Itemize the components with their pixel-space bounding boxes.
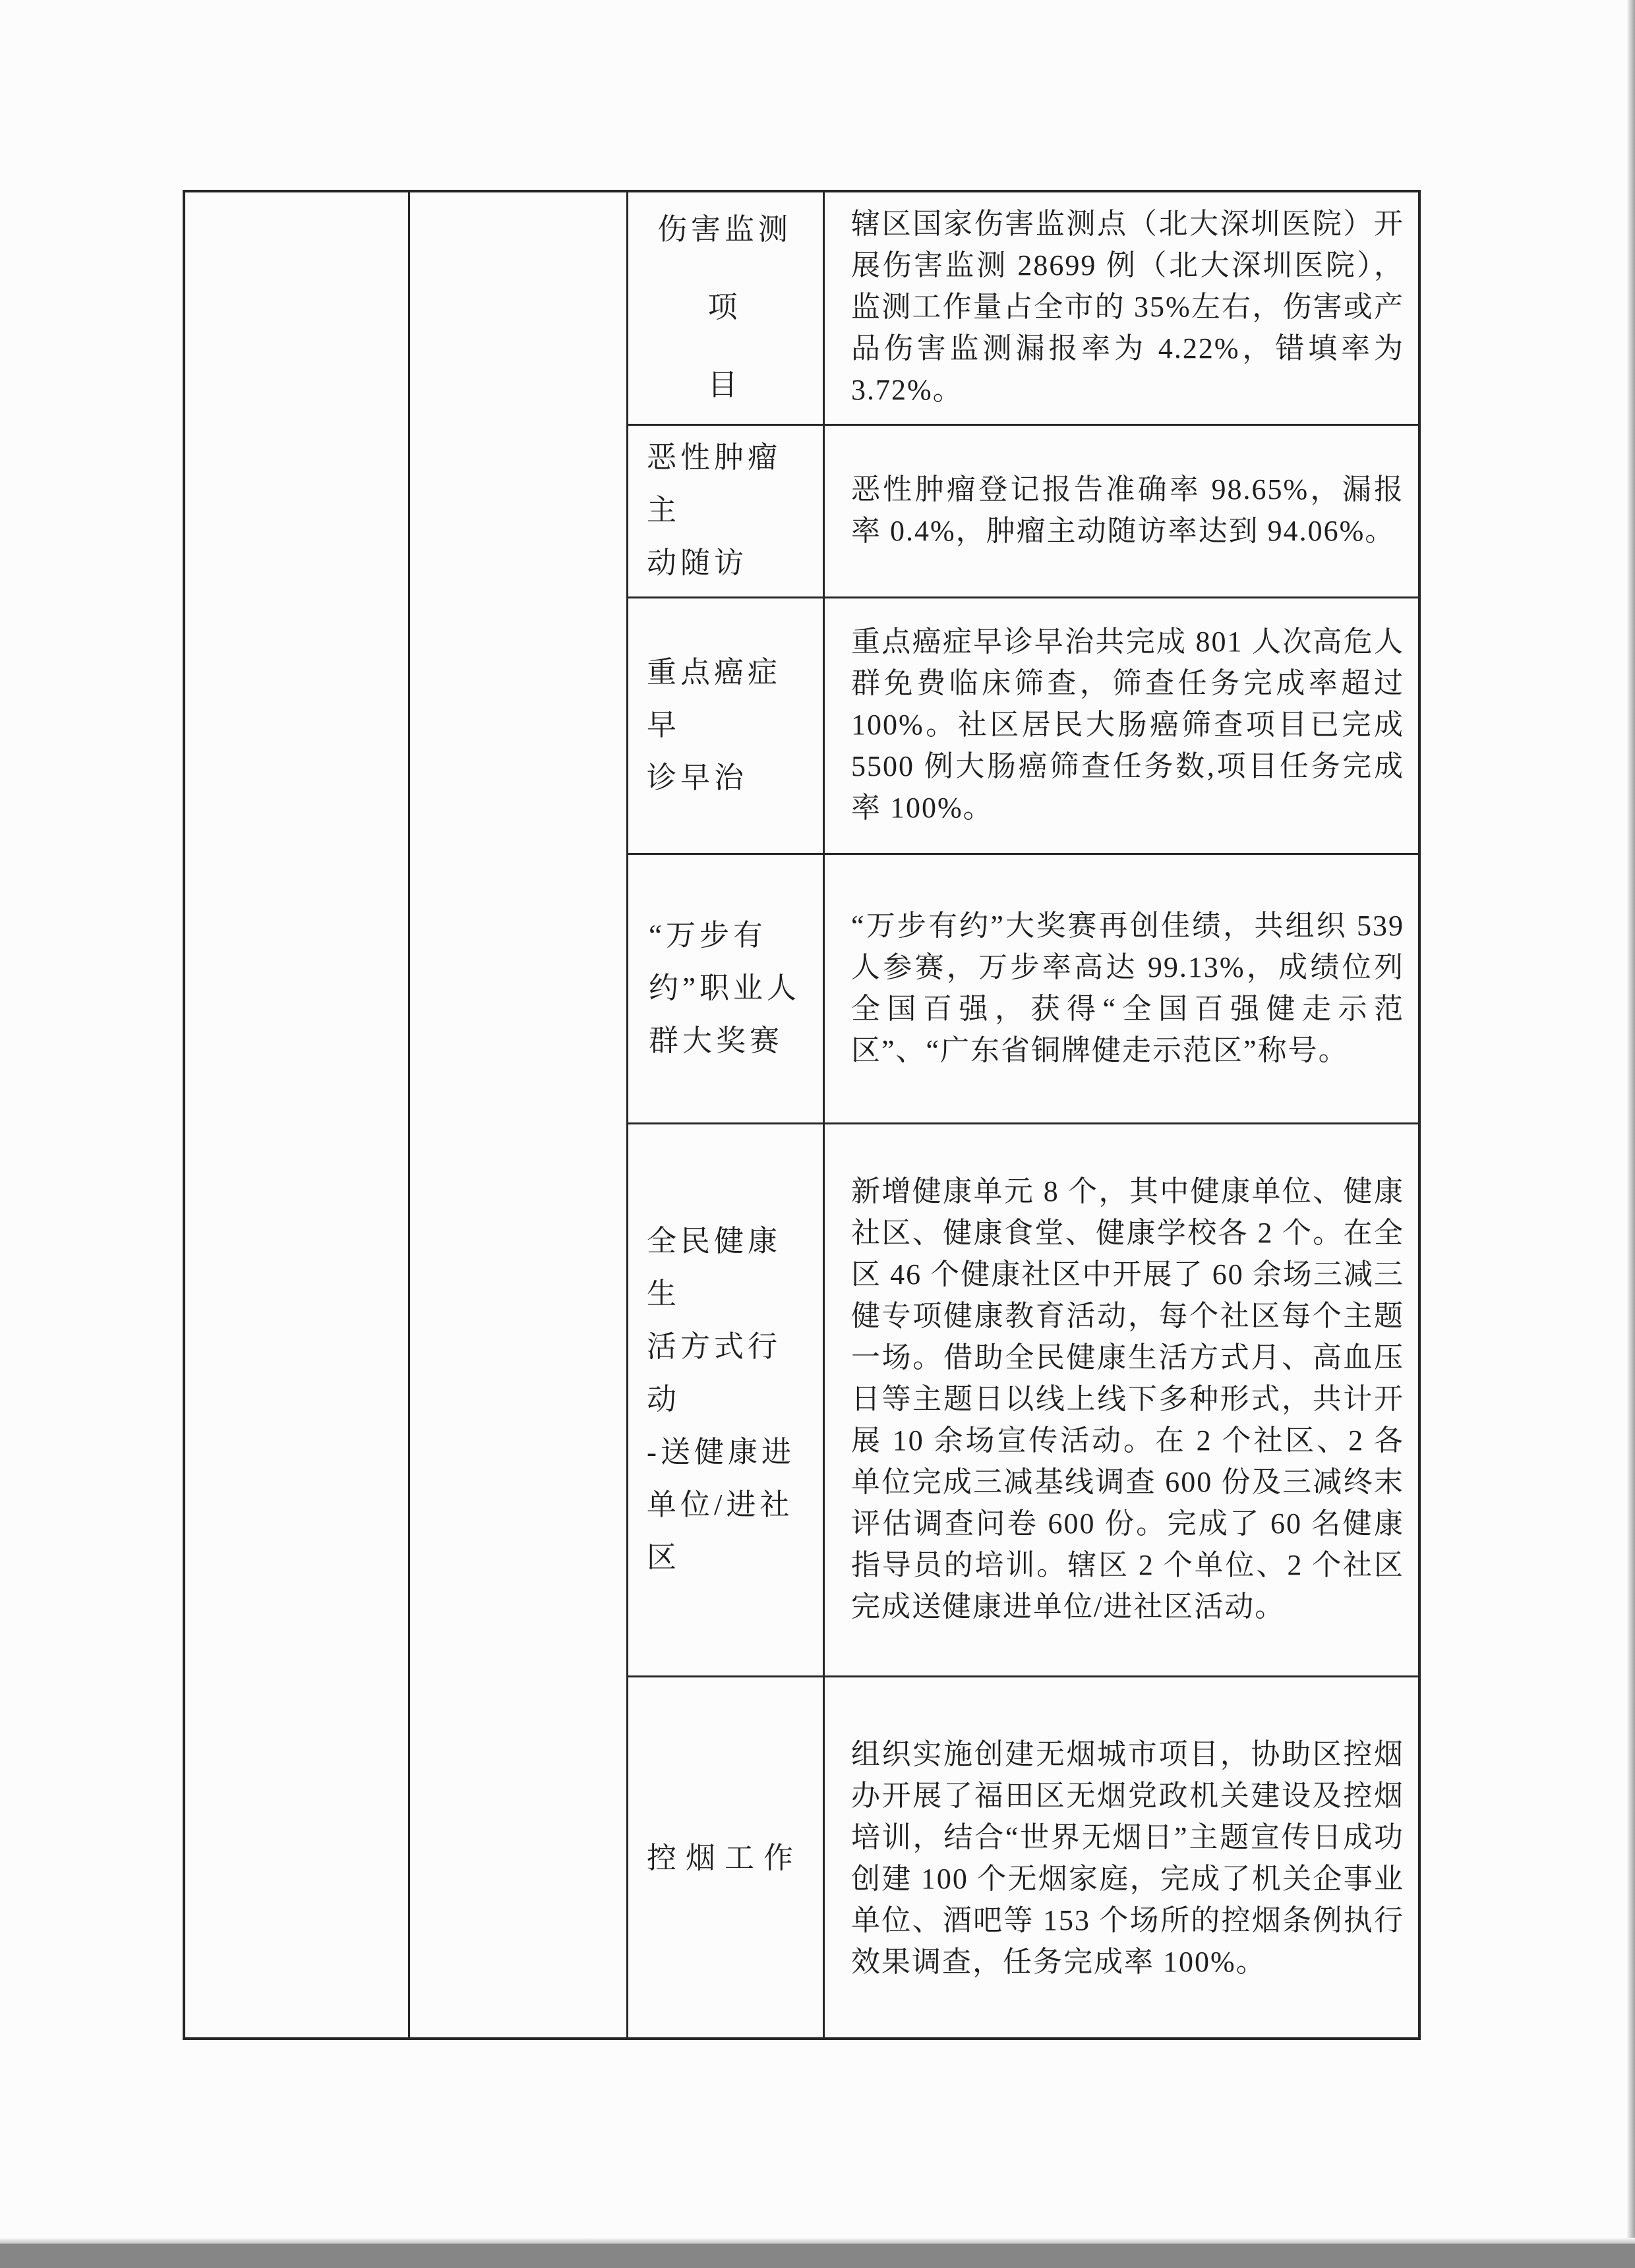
row-label-walking-contest: “万步有 约”职业人 群大奖赛 xyxy=(628,853,821,1122)
row-description-text: 恶性肿瘤登记报告准确率 98.65%，漏报率 0.4%，肿瘤主动随访率达到 94… xyxy=(851,469,1404,552)
row-description-healthy-lifestyle: 新增健康单元 8 个，其中健康单位、健康社区、健康食堂、健康学校各 2 个。在全… xyxy=(825,1122,1421,1675)
scanned-document-page: 伤害监测项 目 辖区国家伤害监测点（北大深圳医院）开展伤害监测 28699 例（… xyxy=(0,0,1635,2268)
row-description-text: 组织实施创建无烟城市项目，协助区控烟办开展了福田区无烟党政机关建设及控烟培训，结… xyxy=(851,1733,1404,1983)
row-description-text: 新增健康单元 8 个，其中健康单位、健康社区、健康食堂、健康学校各 2 个。在全… xyxy=(851,1171,1404,1627)
row-label-text: 伤害监测项 目 xyxy=(647,190,802,424)
row-description-tumor-followup: 恶性肿瘤登记报告准确率 98.65%，漏报率 0.4%，肿瘤主动随访率达到 94… xyxy=(825,424,1421,596)
row-description-injury-monitoring: 辖区国家伤害监测点（北大深圳医院）开展伤害监测 28699 例（北大深圳医院），… xyxy=(825,190,1421,424)
scan-bottom-band xyxy=(0,2244,1635,2268)
table-vertical-divider-1 xyxy=(408,190,410,2040)
row-description-text: 重点癌症早诊早治共完成 801 人次高危人群免费临床筛查，筛查任务完成率超过 1… xyxy=(851,621,1404,829)
row-description-text: “万步有约”大奖赛再创佳绩，共组织 539 人参赛，万步率高达 99.13%，成… xyxy=(851,905,1404,1071)
row-description-walking-contest: “万步有约”大奖赛再创佳绩，共组织 539 人参赛，万步率高达 99.13%，成… xyxy=(825,853,1421,1122)
row-label-text: “万步有 约”职业人 群大奖赛 xyxy=(649,909,800,1067)
row-description-cancer-screening: 重点癌症早诊早治共完成 801 人次高危人群免费临床筛查，筛查任务完成率超过 1… xyxy=(825,596,1421,853)
row-label-text: 控烟工作 xyxy=(647,1832,802,1884)
row-label-text: 重点癌症早 诊早治 xyxy=(647,646,802,804)
row-description-tobacco-control: 组织实施创建无烟城市项目，协助区控烟办开展了福田区无烟党政机关建设及控烟培训，结… xyxy=(825,1675,1421,2040)
row-label-injury-monitoring: 伤害监测项 目 xyxy=(628,190,821,424)
row-label-text: 全民健康生 活方式行动 -送健康进 单位/进社 区 xyxy=(647,1215,802,1584)
row-label-healthy-lifestyle: 全民健康生 活方式行动 -送健康进 单位/进社 区 xyxy=(628,1122,821,1675)
scan-right-edge-shadow xyxy=(1627,0,1635,2268)
row-label-tobacco-control: 控烟工作 xyxy=(628,1675,821,2040)
row-description-text: 辖区国家伤害监测点（北大深圳医院）开展伤害监测 28699 例（北大深圳医院），… xyxy=(851,203,1404,411)
row-label-text: 恶性肿瘤主 动随访 xyxy=(647,431,802,589)
row-label-tumor-followup: 恶性肿瘤主 动随访 xyxy=(628,424,821,596)
row-label-cancer-screening: 重点癌症早 诊早治 xyxy=(628,596,821,853)
